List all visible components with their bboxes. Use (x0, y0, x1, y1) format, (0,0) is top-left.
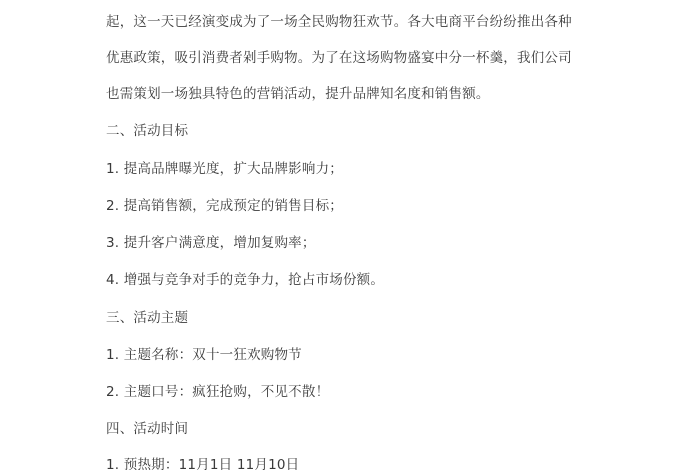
goal-item-2: 2. 提高销售额，完成预定的销售目标； (106, 197, 343, 215)
goal-item-4: 4. 增强与竞争对手的竞争力，抢占市场份额。 (106, 271, 384, 289)
intro-line-3: 也需策划一场独具特色的营销活动，提升品牌知名度和销售额。 (106, 85, 490, 103)
intro-line-1: 起，这一天已经演变成为了一场全民购物狂欢节。各大电商平台纷纷推出各种 (106, 13, 572, 31)
goal-item-3: 3. 提升客户满意度，增加复购率； (106, 234, 316, 252)
theme-item-2: 2. 主题口号：疯狂抢购，不见不散！ (106, 383, 329, 401)
section-heading-goals: 二、活动目标 (106, 122, 188, 140)
time-item-1: 1. 预热期：11月1日 11月10日 (106, 456, 299, 470)
section-heading-time: 四、活动时间 (106, 420, 188, 438)
theme-item-1: 1. 主题名称：双十一狂欢购物节 (106, 346, 302, 364)
intro-line-2: 优惠政策，吸引消费者剁手购物。为了在这场购物盛宴中分一杯羹，我们公司 (106, 49, 572, 67)
goal-item-1: 1. 提高品牌曝光度，扩大品牌影响力； (106, 160, 343, 178)
section-heading-theme: 三、活动主题 (106, 309, 188, 327)
